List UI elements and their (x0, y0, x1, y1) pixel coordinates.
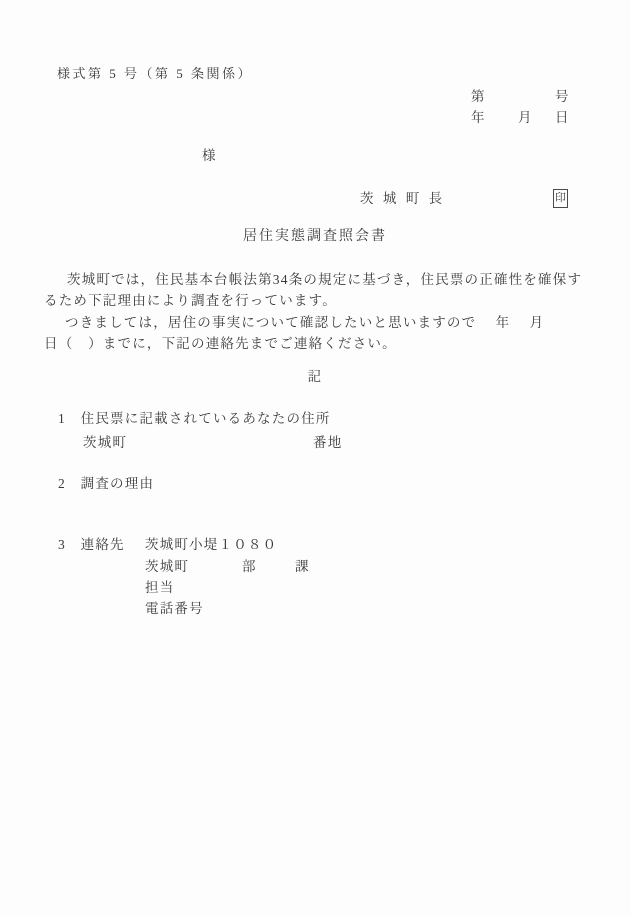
form-number-label: 様式第 5 号（第 5 条関係） (57, 66, 253, 81)
item1-banchi-suffix: 番地 (313, 435, 342, 450)
form-page: 様式第 5 号（第 5 条関係） 第 号 年 月 日 様 茨 城 町 長 印 居… (0, 0, 630, 915)
item3-contact-label: 3 連絡先 (58, 537, 125, 552)
doc-number-suffix: 号 (555, 89, 570, 104)
item3-contact-address: 茨城町小堤１０８０ (145, 537, 277, 552)
date-year-label: 年 (471, 110, 486, 125)
body-paragraph1-line1: 茨城町では，住民基本台帳法第34条の規定に基づき，住民票の正確性を確保す (44, 272, 582, 287)
date-day-label: 日 (555, 110, 570, 125)
doc-number-prefix: 第 (471, 89, 486, 104)
seal-mark: 印 (553, 189, 568, 208)
item3-phone-label: 電話番号 (145, 601, 204, 616)
item3-office-town: 茨城町 (145, 559, 189, 574)
document-title: 居住実態調査照会書 (0, 229, 630, 244)
addressee-honorific: 様 (202, 148, 217, 163)
sender-name: 茨 城 町 長 (360, 191, 445, 206)
item2-reason-label: 2 調査の理由 (58, 476, 154, 491)
body-paragraph2-line1: つきましては，居住の事実について確認したいと思いますので 年 月 (44, 315, 544, 330)
body-paragraph1-line2: るため下記理由により調査を行っています。 (44, 293, 337, 308)
item3-section-label: 課 (295, 559, 310, 574)
date-month-label: 月 (518, 110, 533, 125)
record-heading: 記 (0, 369, 630, 384)
item3-staff-label: 担当 (145, 580, 174, 595)
item1-town-prefix: 茨城町 (83, 435, 127, 450)
item3-department-label: 部 (242, 559, 257, 574)
body-paragraph2-line2: 日（ ）までに，下記の連絡先までご連絡ください。 (44, 336, 397, 351)
item1-address-label: 1 住民票に記載されているあなたの住所 (58, 411, 331, 426)
